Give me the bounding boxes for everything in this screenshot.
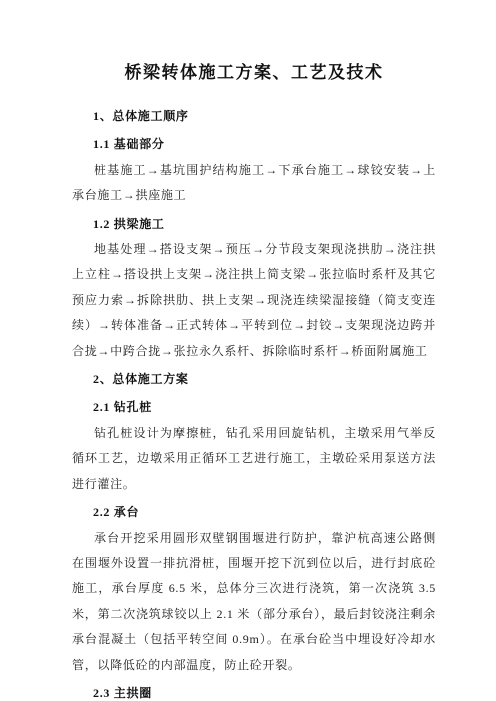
paragraph-arch-seq: 地基处理→搭设支架→预压→分节段支架现浇拱肋→浇注拱上立柱→搭设拱上支架→浇注拱…	[72, 237, 436, 364]
section-heading-2-3: 2.3 主拱圈	[72, 681, 436, 701]
section-heading-2-2: 2.2 承台	[72, 500, 436, 525]
document-title: 桥梁转体施工方案、工艺及技术	[72, 58, 436, 88]
section-heading-1-2: 1.2 拱梁施工	[72, 212, 436, 237]
section-heading-1: 1、总体施工顺序	[72, 104, 436, 129]
paragraph-pile-cap: 承台开挖采用圆形双壁钢围堰进行防护，靠沪杭高速公路侧在围堰外设置一排抗滑桩，围堰…	[72, 526, 436, 678]
paragraph-bored-pile: 钻孔桩设计为摩擦桩，钻孔采用回旋钻机，主墩采用气举反循环工艺，边墩采用正循环工艺…	[72, 421, 436, 497]
section-heading-1-1: 1.1 基础部分	[72, 132, 436, 157]
paragraph-foundation-seq: 桩基施工→基坑围护结构施工→下承台施工→球铰安装→上承台施工→拱座施工	[72, 158, 436, 209]
section-heading-2: 2、总体施工方案	[72, 367, 436, 392]
document-page: 桥梁转体施工方案、工艺及技术 1、总体施工顺序 1.1 基础部分 桩基施工→基坑…	[0, 0, 496, 701]
section-heading-2-1: 2.1 钻孔桩	[72, 395, 436, 420]
document-body: 桥梁转体施工方案、工艺及技术 1、总体施工顺序 1.1 基础部分 桩基施工→基坑…	[72, 58, 436, 701]
